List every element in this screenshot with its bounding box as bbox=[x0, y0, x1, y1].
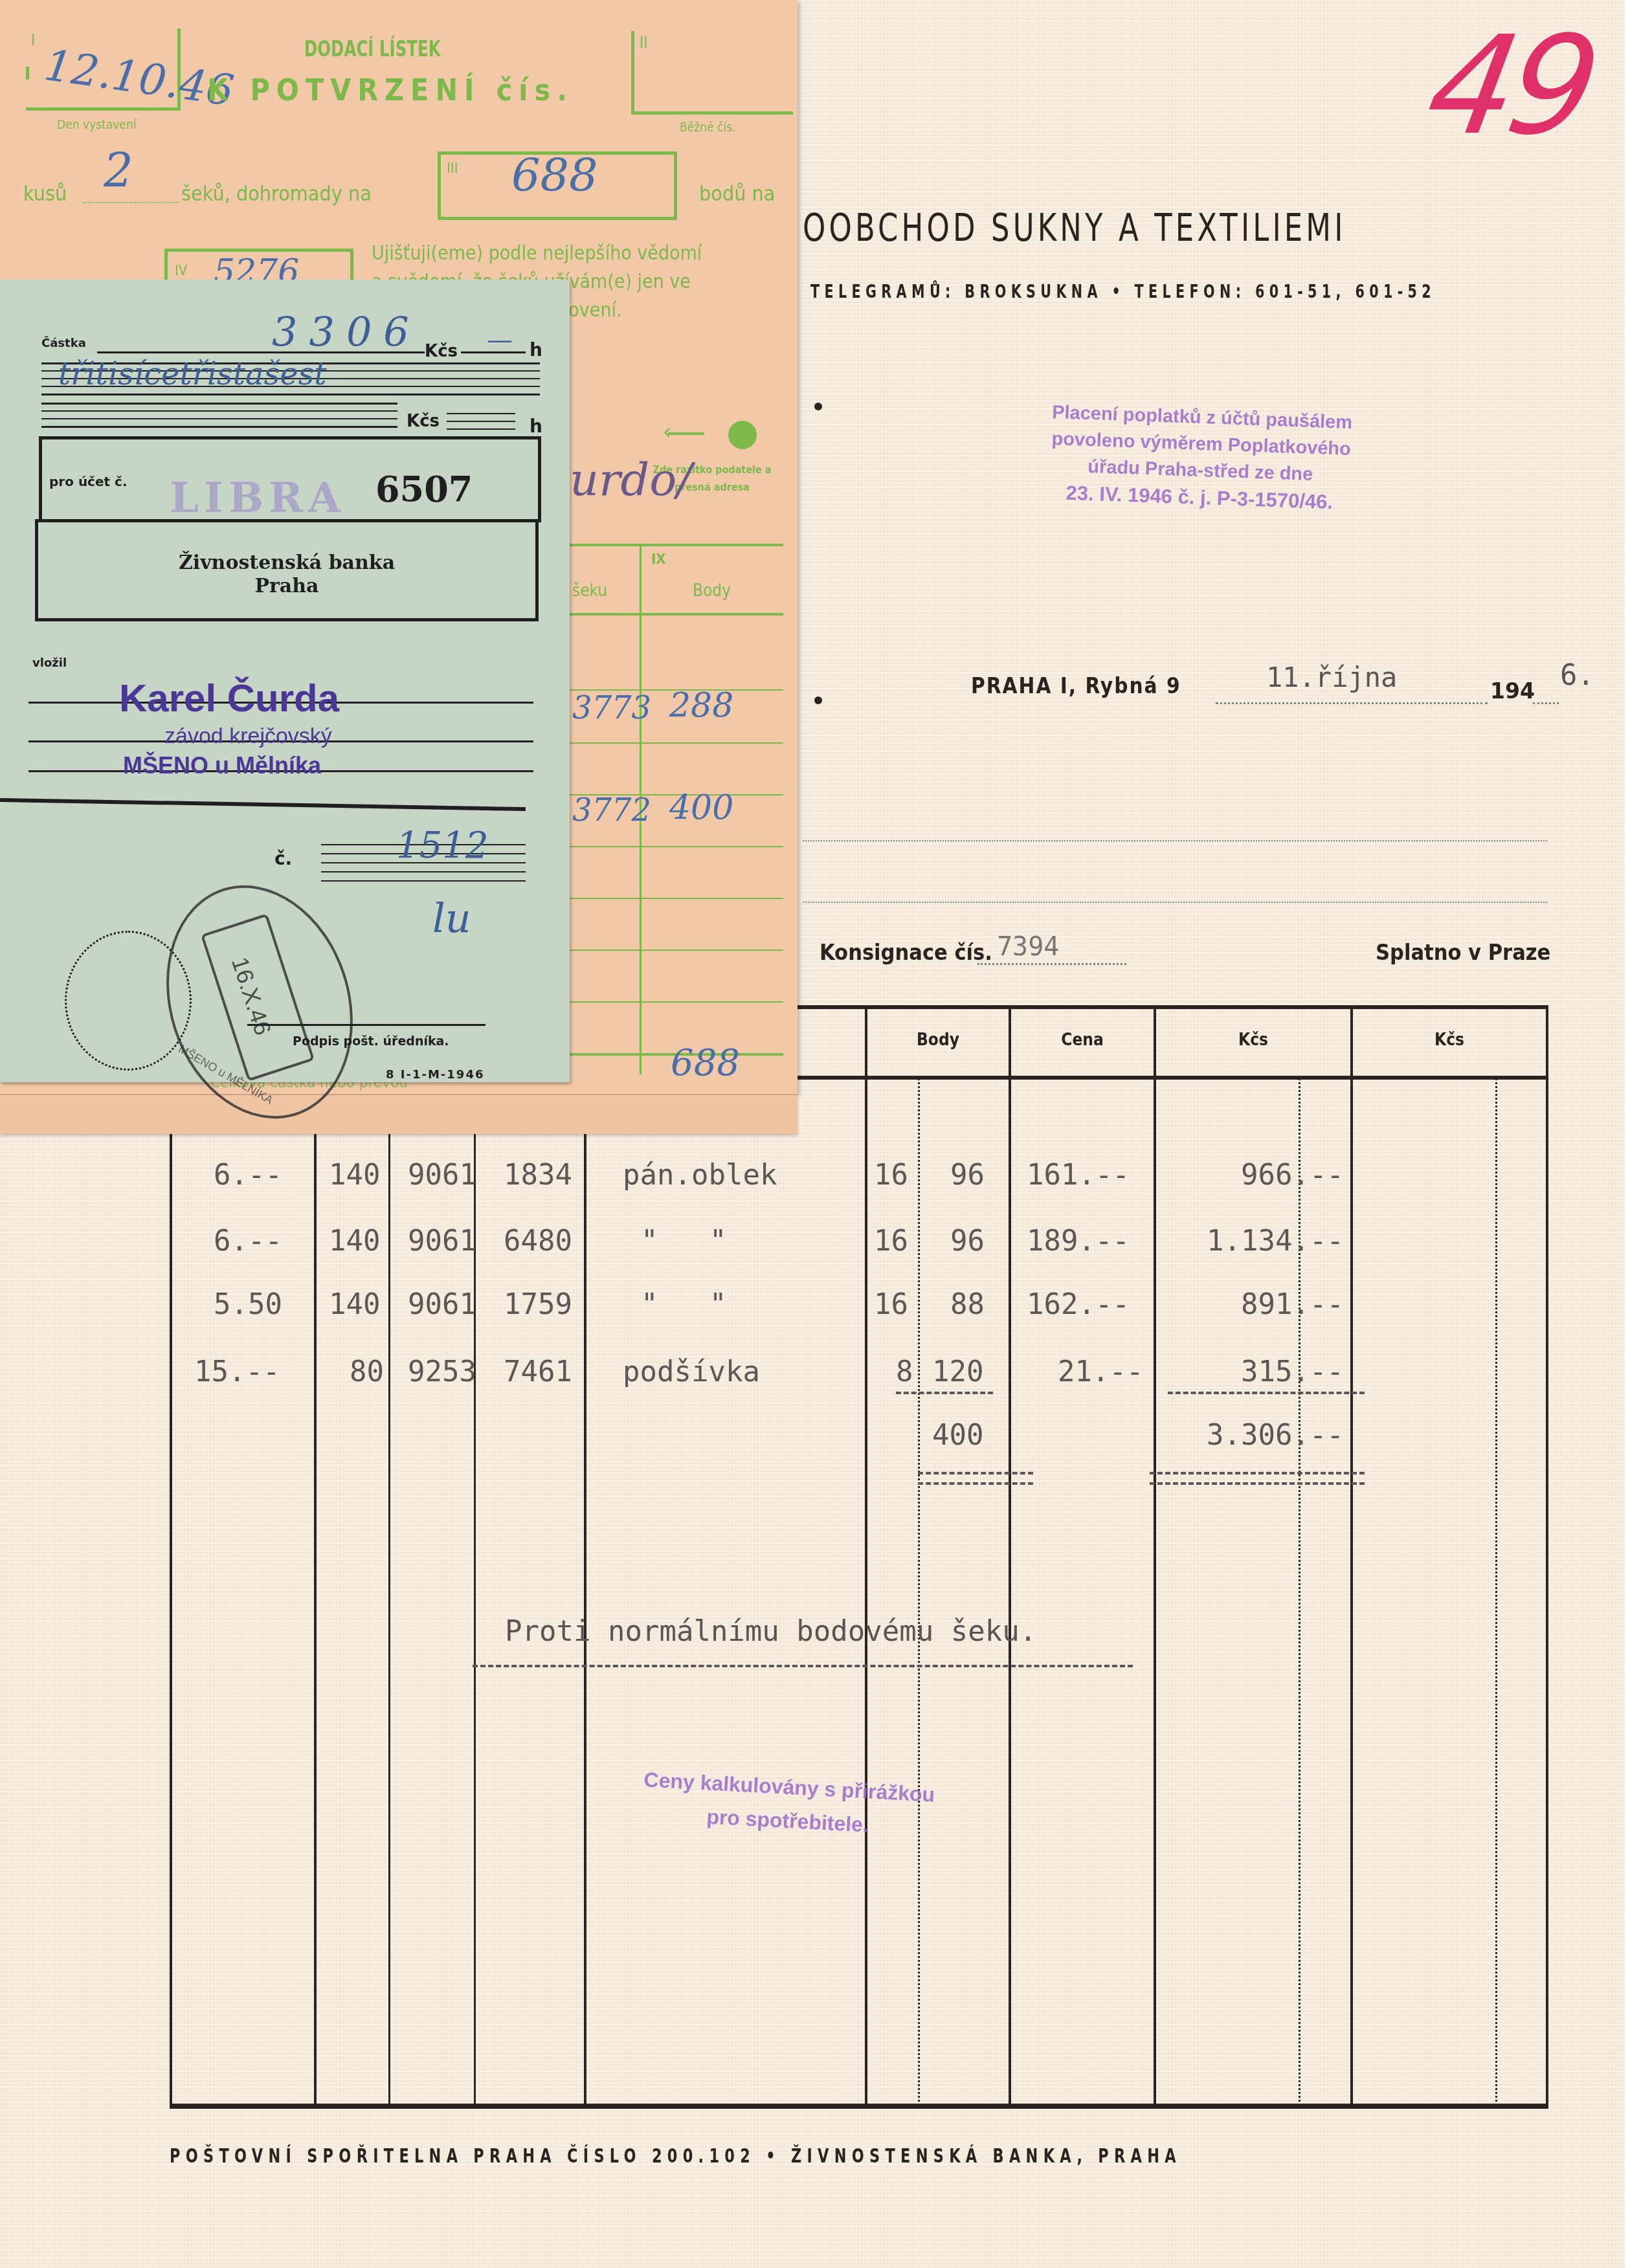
stamp-dot-icon bbox=[728, 421, 757, 449]
signature-label: Podpis pošt. úředníka. bbox=[293, 1034, 449, 1049]
clerk-initials: lu bbox=[432, 895, 471, 942]
ledger-total: 688 bbox=[671, 1042, 740, 1084]
deposit-slip: Částka 3306 Kčs — h třitisícetřistašest … bbox=[0, 280, 570, 1082]
depositor-name: Karel Čurda bbox=[119, 676, 339, 720]
total-double-underline bbox=[1150, 1482, 1365, 1485]
scan-margin bbox=[1625, 0, 1652, 2268]
bank-line: Praha bbox=[35, 575, 539, 598]
pieces-label: kusů bbox=[23, 181, 67, 206]
cell-article: 9061 bbox=[408, 1225, 476, 1258]
page-number: 49 bbox=[1416, 6, 1604, 165]
cell-width: 80 bbox=[350, 1355, 384, 1388]
cell-points: 96 bbox=[950, 1225, 985, 1258]
total-double-underline bbox=[1150, 1472, 1365, 1474]
cell-width: 140 bbox=[329, 1225, 380, 1258]
cell-price: 162.-- bbox=[1027, 1288, 1130, 1321]
punch-mark bbox=[814, 696, 822, 704]
faint-stamp: LIBRA bbox=[170, 474, 346, 522]
col-divider bbox=[865, 1005, 867, 2107]
print-code: 8 I-1-M-1946 bbox=[386, 1068, 484, 1082]
folded-edge bbox=[0, 1094, 798, 1134]
arrow-left-icon bbox=[668, 432, 704, 435]
bank-footer: POŠTOVNÍ SPOŘITELNA PRAHA ČÍSLO 200.102 … bbox=[170, 2145, 1181, 2168]
cell-article: 9061 bbox=[408, 1159, 476, 1192]
col-divider bbox=[1350, 1005, 1353, 2107]
bank-line: Živnostenská banka bbox=[35, 551, 539, 575]
cell-amount: 1.134.-- bbox=[1182, 1225, 1344, 1258]
payable-in: Splatno v Praze bbox=[1376, 940, 1550, 966]
cell-description: " " bbox=[641, 1225, 726, 1258]
cell-article: 9253 bbox=[408, 1355, 476, 1388]
subtotal-underline bbox=[1168, 1392, 1365, 1394]
account-label: pro účet č. bbox=[49, 474, 128, 489]
note-text: Proti normálnímu bodovému šeku. bbox=[505, 1615, 1036, 1648]
field-border bbox=[631, 31, 634, 114]
account-number: 6507 bbox=[375, 469, 473, 510]
cell-price: 21.-- bbox=[1058, 1355, 1143, 1388]
subtotal-underline bbox=[896, 1392, 993, 1394]
cell-points: 96 bbox=[950, 1159, 985, 1192]
cell-amount: 315.-- bbox=[1182, 1355, 1344, 1388]
number-label: č. bbox=[274, 848, 292, 869]
cell-points-each: 16 bbox=[874, 1288, 908, 1321]
amount-dash: — bbox=[487, 325, 513, 355]
signature: urdo/ bbox=[570, 453, 692, 506]
consignment-label: Konsignace čís. bbox=[820, 940, 992, 966]
field-underline bbox=[26, 107, 179, 111]
year-suffix: 6. bbox=[1560, 659, 1594, 692]
currency-label-2: Kčs bbox=[407, 412, 440, 431]
ledger-points: 400 bbox=[669, 788, 733, 827]
cell-width: 140 bbox=[329, 1159, 380, 1192]
cell-pattern: 1834 bbox=[504, 1159, 572, 1192]
cell-price: 161.-- bbox=[1027, 1159, 1130, 1192]
col-header-amount: Kčs bbox=[1156, 1030, 1350, 1050]
cell-width: 140 bbox=[329, 1288, 380, 1321]
invoice-date: 11.října bbox=[1266, 661, 1397, 693]
cell-points-each: 16 bbox=[874, 1159, 908, 1192]
cell-quantity: 15.-- bbox=[194, 1355, 280, 1388]
slip-title: K POTVRZENÍ čís. bbox=[207, 72, 574, 107]
pieces-dotline bbox=[83, 202, 180, 203]
depositor-label: vložil bbox=[32, 656, 67, 670]
amount-value: 3306 bbox=[272, 308, 421, 355]
punch-mark bbox=[814, 403, 822, 410]
cell-points: 88 bbox=[950, 1288, 985, 1321]
year-dotline bbox=[1533, 702, 1559, 704]
field-underline bbox=[631, 111, 793, 115]
col-divider bbox=[1009, 1005, 1011, 2107]
place-address: PRAHA I, Rybná 9 bbox=[971, 673, 1181, 698]
amount-in-words: třitisícetřistašest bbox=[58, 356, 327, 392]
declaration-line: Ujišťuji(eme) podle nejlepšího vědomí bbox=[372, 239, 786, 268]
cell-pattern: 7461 bbox=[504, 1355, 572, 1388]
cell-article: 9061 bbox=[408, 1288, 476, 1321]
consignment-dotline bbox=[977, 963, 1126, 965]
col-points-header: Body bbox=[693, 581, 731, 601]
cell-quantity: 5.50 bbox=[214, 1288, 282, 1321]
col-divider bbox=[584, 1078, 586, 2107]
col-divider bbox=[314, 1078, 317, 2107]
field-roman: III bbox=[447, 161, 458, 177]
currency-label: Kčs bbox=[425, 342, 458, 361]
cell-quantity: 6.-- bbox=[214, 1159, 282, 1192]
blank-line bbox=[803, 902, 1547, 903]
cell-points-each: 16 bbox=[874, 1225, 908, 1258]
cell-description: " " bbox=[641, 1288, 726, 1321]
col-divider-dotted bbox=[918, 1078, 920, 2107]
fee-stamp: Placení poplatků z účtů paušálem povolen… bbox=[1005, 398, 1396, 518]
total-amount: 3.306.-- bbox=[1182, 1419, 1344, 1452]
col-header-amount-2: Kčs bbox=[1353, 1030, 1546, 1050]
table-bottom-border bbox=[170, 2104, 1548, 2109]
ledger-border bbox=[557, 544, 783, 546]
hal-label: h bbox=[530, 339, 542, 361]
col-divider-dotted bbox=[1495, 1078, 1497, 2107]
bank-name: Živnostenská banka Praha bbox=[35, 551, 539, 598]
col-roman: IX bbox=[651, 551, 666, 568]
cell-points-each: 8 bbox=[896, 1355, 913, 1388]
ledger-check: 3773 bbox=[572, 690, 651, 726]
cell-description: pán.oblek bbox=[623, 1159, 777, 1192]
total-double-underline bbox=[918, 1472, 1033, 1474]
date-dotline bbox=[1216, 702, 1488, 704]
cell-description: podšívka bbox=[623, 1355, 760, 1388]
total-points: 400 bbox=[932, 1419, 983, 1452]
year-prefix: 194 bbox=[1490, 678, 1535, 704]
col-divider bbox=[1154, 1005, 1156, 2107]
cell-price: 189.-- bbox=[1027, 1225, 1130, 1258]
arrow-head-icon: ‹ bbox=[663, 421, 671, 444]
slip-title-small: DODACÍ LÍSTEK bbox=[304, 36, 441, 62]
note-underline bbox=[473, 1665, 1133, 1667]
cell-pattern: 6480 bbox=[504, 1225, 572, 1258]
cell-amount: 966.-- bbox=[1182, 1159, 1344, 1192]
field-roman: IV bbox=[175, 263, 187, 279]
blank-line bbox=[803, 840, 1547, 841]
hal-label-2: h bbox=[530, 416, 542, 437]
checks-label: šeků, dohromady na bbox=[181, 181, 372, 206]
col-divider bbox=[388, 1078, 390, 2107]
field-caption: Den vystavení bbox=[57, 118, 136, 132]
col-check-header: šeku bbox=[572, 581, 607, 601]
ledger-points: 288 bbox=[669, 686, 733, 725]
ledger-check: 3772 bbox=[572, 792, 651, 828]
number-value: 1512 bbox=[396, 825, 489, 867]
cell-quantity: 6.-- bbox=[214, 1225, 282, 1258]
firm-name: OOBCHOD SUKNY A TEXTILIEMI bbox=[803, 206, 1346, 250]
col-header-price: Cena bbox=[1011, 1030, 1154, 1050]
consignment-number: 7394 bbox=[997, 932, 1059, 962]
pieces-value: 2 bbox=[104, 144, 133, 198]
field-roman: II bbox=[640, 34, 648, 52]
cell-amount: 891.-- bbox=[1182, 1288, 1344, 1321]
points-label: bodů na bbox=[699, 181, 775, 206]
amount-label: Částka bbox=[41, 337, 86, 350]
col-divider bbox=[1546, 1005, 1548, 2107]
cell-points: 120 bbox=[932, 1355, 983, 1388]
depositor-trade: závod krejčovský bbox=[164, 724, 332, 749]
total-double-underline bbox=[918, 1482, 1033, 1485]
total-points-value: 688 bbox=[511, 149, 598, 202]
col-divider bbox=[170, 1005, 172, 2107]
field-caption: Běžné čís. bbox=[680, 120, 735, 135]
cell-pattern: 1759 bbox=[504, 1288, 572, 1321]
field-roman: I bbox=[31, 31, 35, 49]
col-header-points: Body bbox=[867, 1030, 1009, 1050]
depositor-town: MŠENO u Mělníka bbox=[123, 752, 321, 779]
contact-line: TELEGRAMŮ: BROKSUKNA • TELEFON: 601-51, … bbox=[810, 281, 1436, 302]
